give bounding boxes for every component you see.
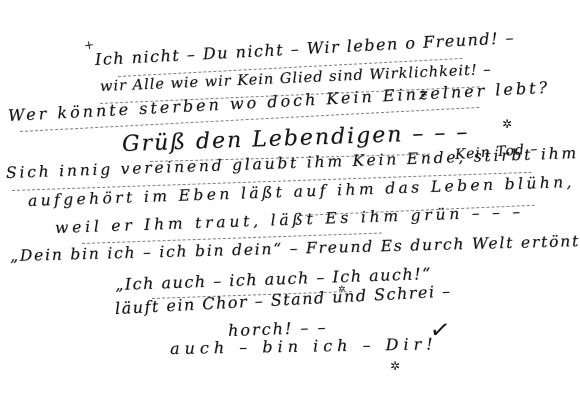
manuscript-page: + Ich nicht – Du nicht – Wir leben o Fre… (0, 0, 580, 409)
asterisk-mark-icon: ✲ (390, 359, 400, 373)
manuscript-line: auch – bin ich – Dir! (170, 334, 438, 358)
plus-mark-icon: + (83, 37, 95, 52)
ink-layer: + Ich nicht – Du nicht – Wir leben o Fre… (0, 0, 580, 409)
asterisk-mark-icon: ✲ (502, 117, 512, 131)
asterisk-mark-icon: ✲ (420, 90, 428, 100)
flourish-stroke-icon: ✓ (428, 315, 452, 346)
manuscript-line: „Dein bin ich – ich bin dein“ – Freund E… (10, 232, 580, 265)
